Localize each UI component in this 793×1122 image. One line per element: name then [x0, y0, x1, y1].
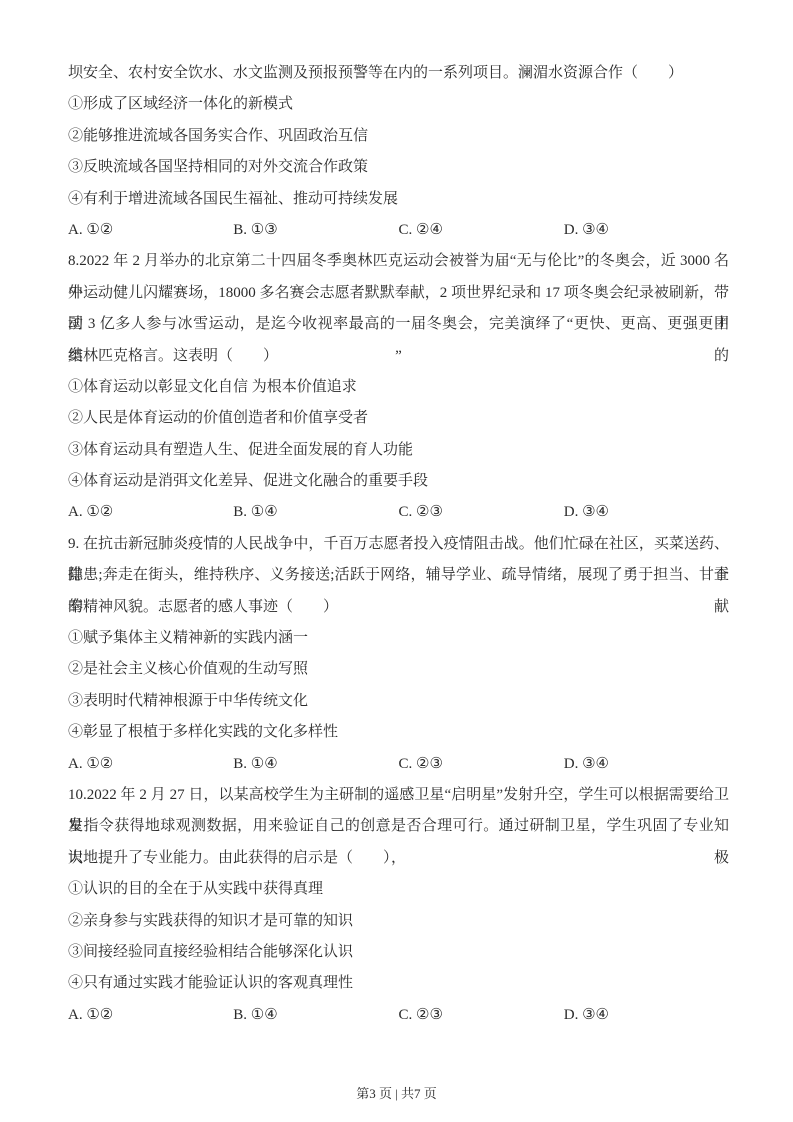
question-10: 10.2022 年 2 月 27 日，以某高校学生为主研制的遥感卫星“启明星”发…: [68, 780, 729, 1031]
page-number-text: 第3 页 | 共7 页: [356, 1086, 437, 1101]
exam-page-content: 坝安全、农村安全饮水、水文监测及预报预警等在内的一系列项目。澜湄水资源合作（ ）…: [68, 58, 729, 1031]
question-10-choice-a: A. ①②: [68, 1000, 233, 1031]
question-7-continued-item-1: ①形成了区域经济一体化的新模式: [68, 89, 729, 120]
question-9-item-2: ②是社会主义核心价值观的生动写照: [68, 654, 729, 685]
question-7-continued-stem-line-1: 坝安全、农村安全饮水、水文监测及预报预警等在内的一系列项目。澜湄水资源合作（ ）: [68, 58, 729, 89]
question-8-item-1: ①体育运动以彰显文化自信 为根本价值追求: [68, 372, 729, 403]
question-10-choice-c: C. ②③: [399, 1000, 564, 1031]
question-10-choice-b: B. ①④: [233, 1000, 398, 1031]
question-10-choices-row: A. ①②B. ①④C. ②③D. ③④: [68, 1000, 729, 1031]
question-10-stem-line-2: 发指令获得地球观测数据，用来验证自己的创意是否合理可行。通过研制卫星，学生巩固了…: [68, 811, 729, 842]
question-8-choice-a: A. ①②: [68, 497, 233, 528]
question-7-continued-choices-row: A. ①②B. ①③C. ②④D. ③④: [68, 215, 729, 246]
question-9: 9. 在抗击新冠肺炎疫情的人民战争中，千百万志愿者投入疫情阻击战。他们忙碌在社区…: [68, 529, 729, 780]
question-7-continued-item-3: ③反映流域各国坚持相同的对外交流合作政策: [68, 152, 729, 183]
question-10-item-3: ③间接经验同直接经验相结合能够深化认识: [68, 937, 729, 968]
question-7-continued-choice-b: B. ①③: [233, 215, 398, 246]
questions-container: 坝安全、农村安全饮水、水文监测及预报预警等在内的一系列项目。澜湄水资源合作（ ）…: [68, 58, 729, 1031]
question-7-continued-choice-c: C. ②④: [399, 215, 564, 246]
question-8-item-3: ③体育运动具有塑造人生、促进全面发展的育人功能: [68, 435, 729, 466]
question-7-continued-choice-a: A. ①②: [68, 215, 233, 246]
question-9-choice-b: B. ①④: [233, 749, 398, 780]
question-9-choices-row: A. ①②B. ①④C. ②③D. ③④: [68, 749, 729, 780]
question-8-choice-c: C. ②③: [399, 497, 564, 528]
question-8-choice-d: D. ③④: [564, 497, 729, 528]
question-9-choice-a: A. ①②: [68, 749, 233, 780]
question-8-stem-line-1: 8.2022 年 2 月举办的北京第二十四届冬季奥林匹克运动会被誉为届“无与伦比…: [68, 246, 729, 277]
question-8-choices-row: A. ①②B. ①④C. ②③D. ③④: [68, 497, 729, 528]
question-8-item-4: ④体育运动是消弭文化差异、促进文化融合的重要手段: [68, 466, 729, 497]
question-10-item-4: ④只有通过实践才能验证认识的客观真理性: [68, 968, 729, 999]
question-7-continued-item-4: ④有利于增进流域各国民生福祉、推动可持续发展: [68, 184, 729, 215]
question-9-choice-c: C. ②③: [399, 749, 564, 780]
question-10-item-1: ①认识的目的全在于从实践中获得真理: [68, 874, 729, 905]
question-8: 8.2022 年 2 月举办的北京第二十四届冬季奥林匹克运动会被誉为届“无与伦比…: [68, 246, 729, 529]
question-10-choice-d: D. ③④: [564, 1000, 729, 1031]
question-9-item-1: ①赋予集体主义精神新的实践内涵一: [68, 623, 729, 654]
question-9-item-3: ③表明时代精神根源于中华传统文化: [68, 686, 729, 717]
question-8-choice-b: B. ①④: [233, 497, 398, 528]
question-10-item-2: ②亲身参与实践获得的知识才是可靠的知识: [68, 906, 729, 937]
question-8-item-2: ②人民是体育运动的价值创造者和价值享受者: [68, 403, 729, 434]
page-footer: 第3 页 | 共7 页: [0, 1086, 793, 1102]
question-7-continued-item-2: ②能够推进流域各国务实合作、巩固政治互信: [68, 121, 729, 152]
question-9-stem-line-1: 9. 在抗击新冠肺炎疫情的人民战争中，千百万志愿者投入疫情阻击战。他们忙碌在社区…: [68, 529, 729, 560]
question-10-stem-line-1: 10.2022 年 2 月 27 日，以某高校学生为主研制的遥感卫星“启明星”发…: [68, 780, 729, 811]
question-9-choice-d: D. ③④: [564, 749, 729, 780]
question-8-stem-line-2: 外运动健儿闪耀赛场，18000 多名赛会志愿者默默奉献，2 项世界纪录和 17 …: [68, 278, 729, 309]
question-7-continued-choice-d: D. ③④: [564, 215, 729, 246]
question-9-stem-line-2: 隐患;奔走在街头，维持秩序、义务接送;活跃于网络，辅导学业、疏导情绪，展现了勇于…: [68, 560, 729, 591]
question-8-stem-line-3: 国 3 亿多人参与冰雪运动，是迄今收视率最高的一届冬奥会，完美演绎了“更快、更高…: [68, 309, 729, 340]
question-9-item-4: ④彰显了根植于多样化实践的文化多样性: [68, 717, 729, 748]
question-7-continued: 坝安全、农村安全饮水、水文监测及预报预警等在内的一系列项目。澜湄水资源合作（ ）…: [68, 58, 729, 246]
